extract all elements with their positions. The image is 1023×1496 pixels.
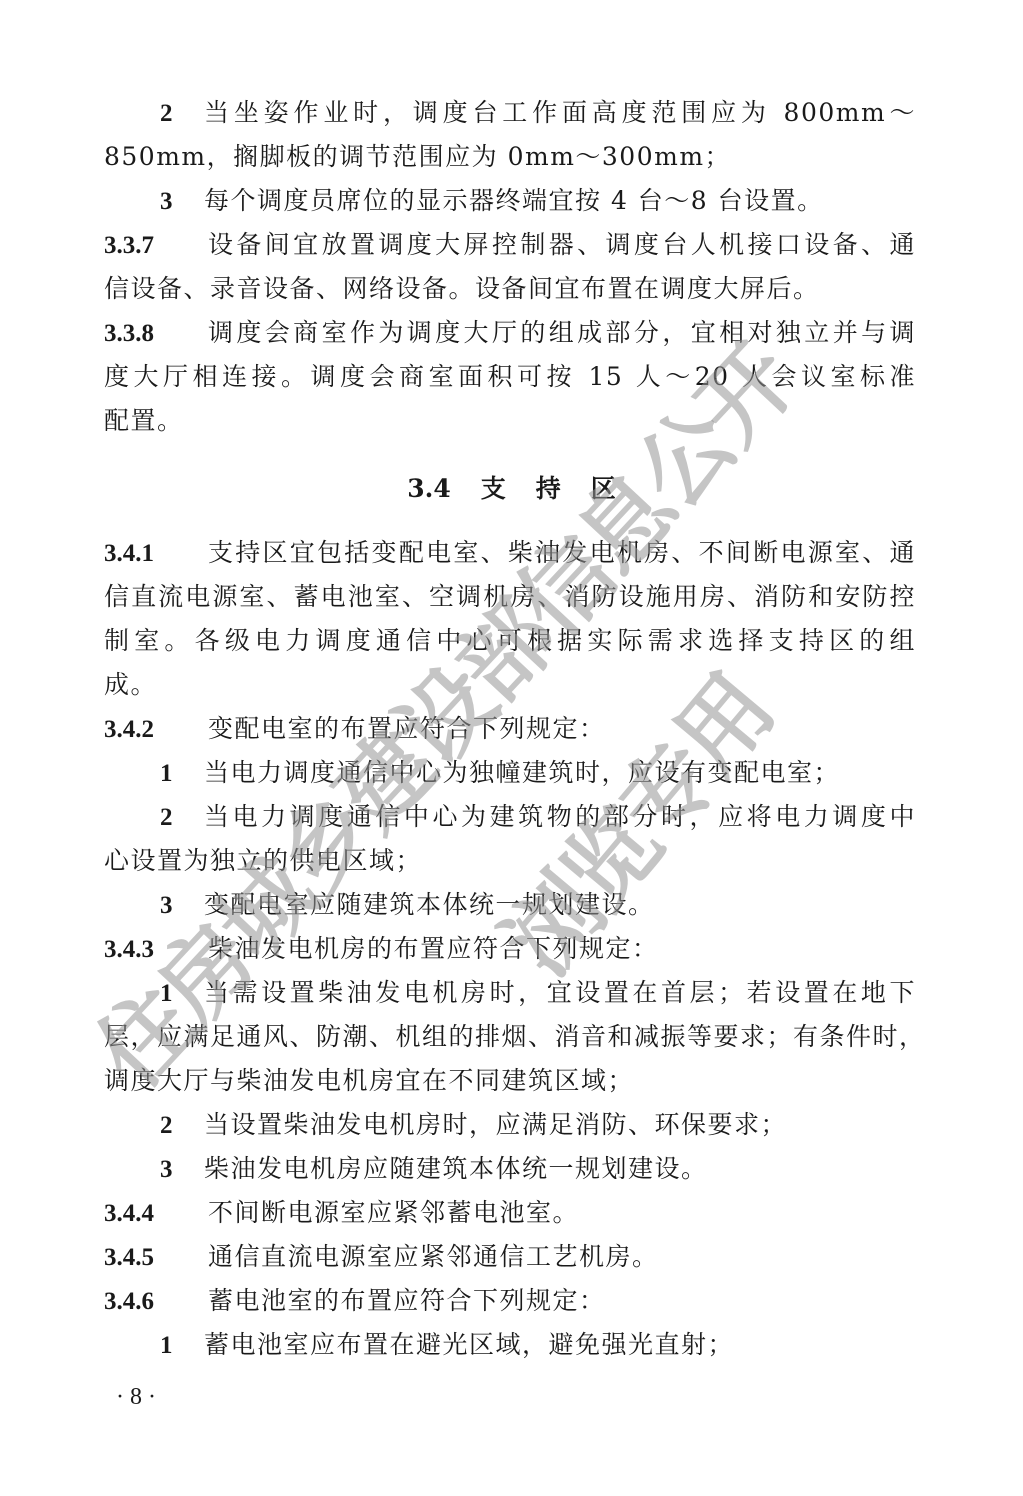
text-line: 信设备、录音设备、网络设备。设备间宜布置在调度大屏后。	[104, 272, 916, 306]
line-text: 变配电室应随建筑本体统一规划建设。	[204, 890, 655, 919]
item-number: 2	[104, 801, 204, 835]
document-page: 2当坐姿作业时，调度台工作面高度范围应为 800mm～850mm，搁脚板的调节范…	[0, 0, 1023, 1496]
clause-number: 3.3.7	[104, 229, 208, 263]
list-item-line: 3柴油发电机房应随建筑本体统一规划建设。	[104, 1152, 916, 1187]
section-title-char: 支	[481, 474, 506, 503]
clause-line: 3.4.5通信直流电源室应紧邻通信工艺机房。	[104, 1240, 916, 1275]
line-text: 信直流电源室、蓄电池室、空调机房、消防设施用房、消防和安防控	[104, 580, 916, 614]
text-line: 配置。	[104, 404, 916, 438]
line-text: 支持区宜包括变配电室、柴油发电机房、不间断电源室、通	[208, 536, 916, 570]
list-item-line: 1蓄电池室应布置在避光区域，避免强光直射；	[104, 1328, 916, 1363]
clause-line: 3.4.6蓄电池室的布置应符合下列规定：	[104, 1284, 916, 1319]
list-item-line: 1当需设置柴油发电机房时，宜设置在首层；若设置在地下	[104, 976, 916, 1011]
line-text: 度大厅相连接。调度会商室面积可按 15 人～20 人会议室标准	[104, 360, 916, 394]
text-line: 制室。各级电力调度通信中心可根据实际需求选择支持区的组	[104, 624, 916, 658]
clause-number: 3.4.6	[104, 1285, 208, 1319]
text-line: 成。	[104, 668, 916, 702]
text-line: 度大厅相连接。调度会商室面积可按 15 人～20 人会议室标准	[104, 360, 916, 394]
item-number: 3	[104, 889, 204, 923]
line-text: 配置。	[104, 406, 184, 435]
clause-line: 3.3.7设备间宜放置调度大屏控制器、调度台人机接口设备、通	[104, 228, 916, 263]
list-item-line: 3变配电室应随建筑本体统一规划建设。	[104, 888, 916, 923]
clause-line: 3.4.1支持区宜包括变配电室、柴油发电机房、不间断电源室、通	[104, 536, 916, 571]
line-text: 心设置为独立的供电区域；	[104, 846, 422, 875]
line-text: 调度大厅与柴油发电机房宜在不同建筑区域；	[104, 1066, 634, 1095]
section-number: 3.4	[407, 474, 451, 503]
line-text: 当坐姿作业时，调度台工作面高度范围应为 800mm～	[204, 96, 916, 130]
line-text: 每个调度员席位的显示器终端宜按 4 台～8 台设置。	[204, 186, 824, 215]
text-line: 层，应满足通风、防潮、机组的排烟、消音和减振等要求；有条件时，	[104, 1020, 916, 1054]
item-number: 2	[104, 1109, 204, 1143]
line-text: 制室。各级电力调度通信中心可根据实际需求选择支持区的组	[104, 624, 916, 658]
clause-number: 3.4.3	[104, 933, 208, 967]
section-title-char: 区	[591, 474, 616, 503]
list-item-line: 2当设置柴油发电机房时，应满足消防、环保要求；	[104, 1108, 916, 1143]
clause-number: 3.4.4	[104, 1197, 208, 1231]
line-text: 通信直流电源室应紧邻通信工艺机房。	[208, 1242, 659, 1271]
text-line: 850mm，搁脚板的调节范围应为 0mm～300mm；	[104, 140, 916, 174]
item-number: 1	[104, 757, 204, 791]
list-item-line: 2当电力调度通信中心为建筑物的部分时，应将电力调度中	[104, 800, 916, 835]
list-item-line: 3每个调度员席位的显示器终端宜按 4 台～8 台设置。	[104, 184, 916, 219]
line-text: 变配电室的布置应符合下列规定：	[208, 714, 606, 743]
line-text: 成。	[104, 670, 157, 699]
text-line: 信直流电源室、蓄电池室、空调机房、消防设施用房、消防和安防控	[104, 580, 916, 614]
clause-number: 3.3.8	[104, 317, 208, 351]
item-number: 1	[104, 1329, 204, 1363]
line-text: 层，应满足通风、防潮、机组的排烟、消音和减振等要求；有条件时，	[104, 1020, 916, 1054]
item-number: 2	[104, 97, 204, 131]
text-line: 心设置为独立的供电区域；	[104, 844, 916, 878]
line-text: 当需设置柴油发电机房时，宜设置在首层；若设置在地下	[204, 976, 916, 1010]
clause-line: 3.4.3柴油发电机房的布置应符合下列规定：	[104, 932, 916, 967]
line-text: 当电力调度通信中心为独幢建筑时，应设有变配电室；	[204, 758, 840, 787]
line-text: 蓄电池室的布置应符合下列规定：	[208, 1286, 606, 1315]
item-number: 3	[104, 185, 204, 219]
section-title-char: 持	[536, 474, 561, 503]
section-heading: 3.4支持区	[0, 472, 1023, 506]
clause-line: 3.4.2变配电室的布置应符合下列规定：	[104, 712, 916, 747]
line-text: 不间断电源室应紧邻蓄电池室。	[208, 1198, 579, 1227]
line-text: 蓄电池室应布置在避光区域，避免强光直射；	[204, 1330, 734, 1359]
line-text: 当电力调度通信中心为建筑物的部分时，应将电力调度中	[204, 800, 916, 834]
clause-line: 3.4.4不间断电源室应紧邻蓄电池室。	[104, 1196, 916, 1231]
list-item-line: 2当坐姿作业时，调度台工作面高度范围应为 800mm～	[104, 96, 916, 131]
clause-number: 3.4.2	[104, 713, 208, 747]
clause-line: 3.3.8调度会商室作为调度大厅的组成部分，宜相对独立并与调	[104, 316, 916, 351]
line-text: 设备间宜放置调度大屏控制器、调度台人机接口设备、通	[208, 228, 916, 262]
page-number: · 8 ·	[116, 1380, 156, 1414]
line-text: 柴油发电机房的布置应符合下列规定：	[208, 934, 659, 963]
clause-number: 3.4.1	[104, 537, 208, 571]
line-text: 850mm，搁脚板的调节范围应为 0mm～300mm；	[104, 142, 731, 171]
item-number: 3	[104, 1153, 204, 1187]
line-text: 当设置柴油发电机房时，应满足消防、环保要求；	[204, 1110, 787, 1139]
line-text: 柴油发电机房应随建筑本体统一规划建设。	[204, 1154, 708, 1183]
list-item-line: 1当电力调度通信中心为独幢建筑时，应设有变配电室；	[104, 756, 916, 791]
clause-number: 3.4.5	[104, 1241, 208, 1275]
line-text: 信设备、录音设备、网络设备。设备间宜布置在调度大屏后。	[104, 274, 820, 303]
item-number: 1	[104, 977, 204, 1011]
line-text: 调度会商室作为调度大厅的组成部分，宜相对独立并与调	[208, 316, 916, 350]
text-line: 调度大厅与柴油发电机房宜在不同建筑区域；	[104, 1064, 916, 1098]
